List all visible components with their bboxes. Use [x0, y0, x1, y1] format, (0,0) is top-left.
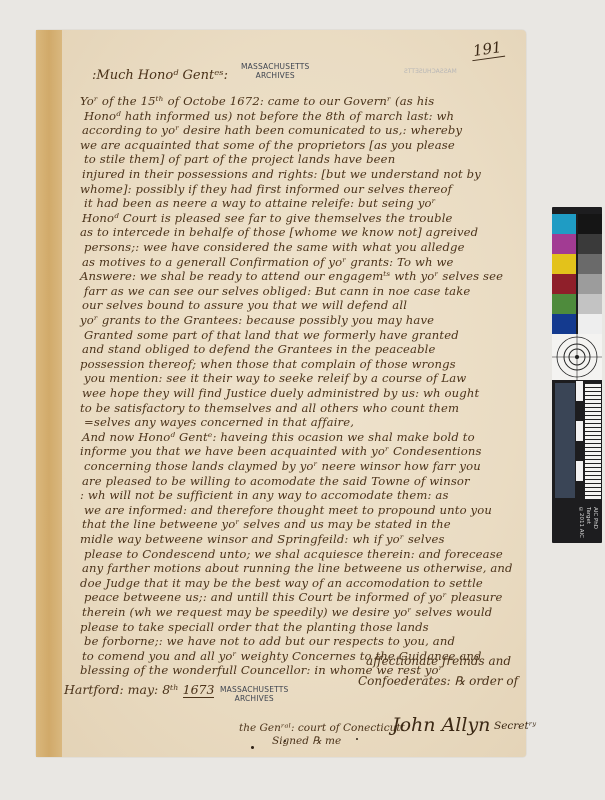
closing-line-2: Confoederates: ℞ order of — [358, 674, 518, 688]
folio-number: 191 — [470, 38, 505, 61]
manuscript-line: and stand obliged to defend the Grantees… — [82, 342, 436, 356]
ink-spot — [356, 738, 358, 740]
manuscript-line: injured in their possessions and rights:… — [82, 167, 481, 181]
attestation-line-1: the Genʳᵃˡ: court of Conecticutt — [239, 722, 405, 734]
manuscript-line: you mention: see it their way to seeke r… — [84, 371, 466, 385]
gray-patch — [578, 254, 602, 274]
manuscript-line: it had been as neere a way to attaine re… — [84, 196, 436, 210]
manuscript-line: : wh will not be sufficient in any way t… — [80, 488, 449, 502]
color-calibration-target: AIC PhD Target ©2011 AIC — [552, 207, 602, 543]
signature-title: Secretʳʸ — [494, 720, 536, 732]
target-label: AIC PhD Target ©2011 AIC — [558, 507, 598, 543]
color-patch — [552, 294, 576, 314]
manuscript-line: as motives to a generall Confirmation of… — [82, 255, 454, 269]
manuscript-line: are pleased to be willing to acomodate t… — [82, 474, 470, 488]
manuscript-line: =selves any wayes concerned in that affa… — [84, 415, 354, 429]
closing-line-1: affectionate freinds and — [366, 654, 511, 668]
dateline-year: 1673 — [183, 682, 215, 698]
target-label-line-2: ©2011 AIC — [578, 507, 584, 538]
mounting-tape-strip — [36, 30, 62, 757]
gray-glass-strip — [555, 383, 575, 498]
color-patch — [552, 254, 576, 274]
dateline-place: Hartford: may: 8ᵗʰ — [64, 682, 179, 697]
manuscript-line: midle way betweene winsor and Springfeil… — [80, 532, 445, 546]
signature: John Allyn — [392, 714, 490, 736]
manuscript-line: Answere: we shal be ready to attend our … — [80, 269, 503, 283]
color-patch — [552, 314, 576, 334]
manuscript-line: farr as we can see our selves obliged: B… — [84, 284, 470, 298]
color-patch — [552, 274, 576, 294]
stamp-line-1: MASSACHUSETTS — [241, 62, 310, 71]
color-patch — [552, 214, 576, 234]
manuscript-line: please to take speciall order that the p… — [80, 620, 429, 634]
dateline: Hartford: may: 8ᵗʰ 1673 — [64, 682, 214, 697]
attestation-line-2: Signed ℞ me — [272, 735, 341, 747]
resolution-target — [552, 334, 602, 380]
target-label-line-1: AIC PhD Target — [585, 507, 598, 529]
gray-patch — [578, 214, 602, 234]
manuscript-line: possession thereof; when those that comp… — [80, 357, 456, 371]
stamp-line-2: ARCHIVES — [220, 694, 289, 703]
manuscript-page: 191 MASSACHUSETTS ARCHIVES MASSACHUSETTS… — [36, 30, 526, 757]
manuscript-line: to be satisfactory to themselves and all… — [80, 401, 459, 415]
gray-patch — [578, 274, 602, 294]
manuscript-line: persons;: wee have considered the same w… — [84, 240, 465, 254]
target-rings-icon — [552, 334, 602, 380]
manuscript-line: Yoʳ of the 15ᵗʰ of Octobe 1672: came to … — [80, 94, 434, 108]
manuscript-line: Granted some part of that land that we f… — [84, 328, 459, 342]
manuscript-line: to stile them] of part of the project la… — [84, 152, 395, 166]
manuscript-line: yoʳ grants to the Grantees: because poss… — [80, 313, 434, 327]
stamp-line-1: MASSACHUSETTS — [220, 685, 289, 694]
manuscript-line: according to yoʳ desire hath been comuni… — [82, 123, 462, 137]
manuscript-line: our selves bound to assure you that we w… — [82, 298, 407, 312]
ink-spot — [284, 740, 286, 742]
manuscript-line: therein (wh we request may be speedily) … — [82, 605, 492, 619]
manuscript-line: peace betweene us;: and untill this Cour… — [84, 590, 503, 604]
ink-spot — [251, 746, 254, 749]
ruler-section — [552, 381, 602, 501]
stamp-line-2: ARCHIVES — [241, 71, 310, 80]
gray-patch — [578, 294, 602, 314]
manuscript-line: be forborne;: we have not to add but our… — [84, 634, 455, 648]
manuscript-line: whome]: possibly if they had first infor… — [80, 182, 452, 196]
manuscript-line: doe Judge that it may be the best way of… — [80, 576, 483, 590]
salutation: :Much Honoᵈ Gentᵉˢ: — [92, 68, 228, 83]
manuscript-line: that the line betweene yoʳ selves and us… — [82, 517, 451, 531]
manuscript-line: informe you that we have been acquainted… — [80, 444, 482, 458]
checker-block — [576, 461, 583, 481]
gray-patch — [578, 314, 602, 334]
ruler-scale — [585, 383, 601, 499]
manuscript-line: please to Condescend unto; we shal acqui… — [84, 547, 503, 561]
manuscript-line: we are informed: and therefore thought m… — [84, 503, 492, 517]
checker-block — [576, 421, 583, 441]
manuscript-line: we are acquainted that some of the propr… — [80, 138, 455, 152]
manuscript-line: concerning those lands claymed by yoʳ ne… — [84, 459, 481, 473]
manuscript-line: any farther motions about running the li… — [82, 561, 513, 575]
color-patch — [552, 234, 576, 254]
manuscript-line: wee hope they will find Justice duely ad… — [82, 386, 479, 400]
archive-stamp-bottom: MASSACHUSETTS ARCHIVES — [220, 685, 289, 703]
manuscript-line: as to intercede in behalfe of those [who… — [80, 225, 478, 239]
manuscript-line: And now Honoᵈ Gentᵉ: haveing this ocasio… — [82, 430, 475, 444]
archive-stamp-top: MASSACHUSETTS ARCHIVES — [241, 62, 310, 80]
gray-patch — [578, 234, 602, 254]
manuscript-line: Honoᵈ Court is pleased see far to give t… — [82, 211, 453, 225]
faded-stamp-mirror: MASSACHUSETTS — [404, 68, 457, 75]
manuscript-line: Honoᵈ hath informed us) not before the 8… — [84, 109, 454, 123]
checker-block — [576, 381, 583, 401]
